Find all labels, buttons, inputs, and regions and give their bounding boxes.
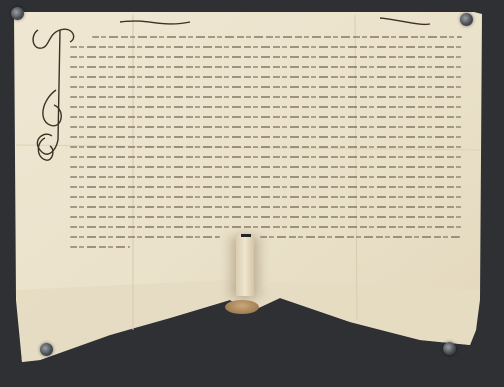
image-subject: Historical parchment charter with pendan… [0,0,262,11]
pin-top-right [460,13,473,26]
seal-tag [236,234,254,296]
wax-seal [225,300,259,314]
pin-bottom-left [40,343,53,356]
pin-bottom-right [443,342,456,355]
seal-tag-slot [241,234,251,237]
parchment-photo [0,0,504,387]
